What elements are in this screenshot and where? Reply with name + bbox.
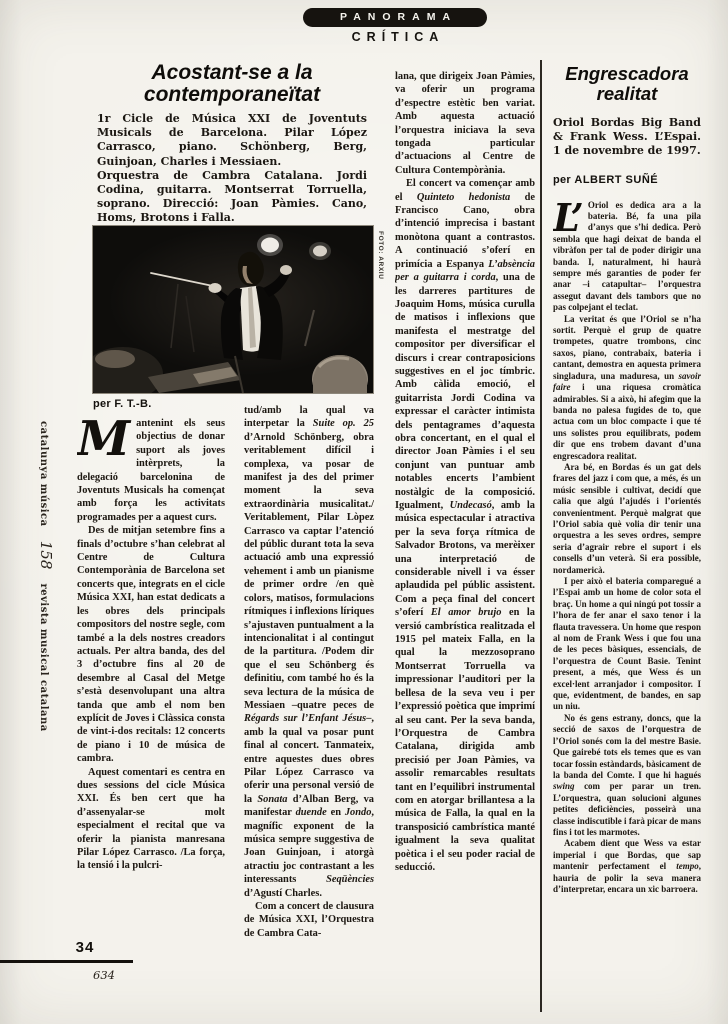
title-line-2: realitat: [553, 84, 701, 104]
left-article-column-1: M antenint els seus objectius de donar s…: [77, 417, 225, 979]
paragraph: 1r Cicle de Música XXI de Joventuts Musi…: [97, 112, 367, 169]
page-number-rule: [0, 960, 133, 963]
paragraph: Com a concert de clausura de Música XXI,…: [244, 900, 374, 940]
issue-number: 158: [37, 541, 55, 570]
concert-photo: [92, 225, 374, 394]
right-article-title: Engrescadora realitat: [553, 64, 701, 103]
paragraph: Ara bé, en Bordas és un gat dels frares …: [553, 462, 701, 576]
title-line-1: Engrescadora: [553, 64, 701, 84]
left-article-byline: per F. T.-B.: [93, 398, 152, 411]
paragraph: El concert va començar amb el Quinteto h…: [395, 177, 535, 874]
right-article: Engrescadora realitat Oriol Bordas Big B…: [553, 64, 701, 948]
conductor-photo-illustration: [93, 226, 373, 393]
column-divider-rule: [540, 60, 542, 1012]
magazine-name: catalunya música: [38, 421, 49, 527]
panorama-banner: PANORAMA: [303, 8, 487, 27]
page-number: 34: [62, 940, 108, 956]
paragraph: Oriol Bordas Big Band & Frank Wess. L’Es…: [553, 116, 701, 159]
title-line-1: Acostant-se a la: [97, 62, 367, 84]
concert-credits: Oriol Bordas Big Band & Frank Wess. L’Es…: [553, 116, 701, 159]
right-article-body: L’ Oriol es dedica ara a la bateria. Bé,…: [553, 200, 701, 948]
masthead: PANORAMA CRÍTICA: [295, 8, 495, 44]
paragraph: Des de mitjan setembre fins a finals d’o…: [77, 524, 225, 765]
paragraph: tud/amb la qual va interpetar la Suite o…: [244, 404, 374, 900]
left-article-column-3: lana, que dirigeix Joan Pàmies, va oferi…: [395, 70, 535, 1014]
paragraph: lana, que dirigeix Joan Pàmies, va oferi…: [395, 70, 535, 177]
paragraph: Aquest comentari es centra en dues sessi…: [77, 766, 225, 873]
byline-prefix: per: [553, 174, 571, 186]
column-text: Oriol es dedica ara a la bateria. Bé, fa…: [553, 200, 701, 896]
title-line-2: contemporaneïtat: [97, 84, 367, 106]
photo-credit: FOTO: ARXIU: [376, 231, 385, 280]
magazine-spine-strip: catalunya música 158 revista musical cat…: [34, 421, 56, 732]
column-text: antenint els seus objectius de donar sup…: [77, 417, 225, 873]
paragraph: I per això el bateria comparegué a l’Esp…: [553, 576, 701, 713]
paragraph: No és gens estrany, doncs, que la secció…: [553, 713, 701, 838]
folio-number: 634: [84, 968, 124, 982]
left-article-title: Acostant-se a la contemporaneïtat: [97, 62, 367, 106]
right-article-byline: per ALBERT SUÑÉ: [553, 174, 701, 187]
critica-label: CRÍTICA: [295, 30, 495, 44]
paragraph: La veritat és que l’Oriol se n’ha sortit…: [553, 314, 701, 462]
paragraph: Orquestra de Cambra Catalana. Jordi Codi…: [97, 169, 367, 226]
magazine-page: PANORAMA CRÍTICA catalunya música 158 re…: [0, 0, 728, 1024]
byline-author: ALBERT SUÑÉ: [574, 174, 658, 186]
magazine-subtitle: revista musical catalana: [38, 583, 49, 731]
dropcap-letter: L’: [553, 201, 584, 234]
left-article-column-2: tud/amb la qual va interpetar la Suite o…: [244, 404, 374, 1016]
paragraph: Acabem dient que Wess va estar imperial …: [553, 838, 701, 895]
dropcap-letter: M: [77, 419, 130, 460]
